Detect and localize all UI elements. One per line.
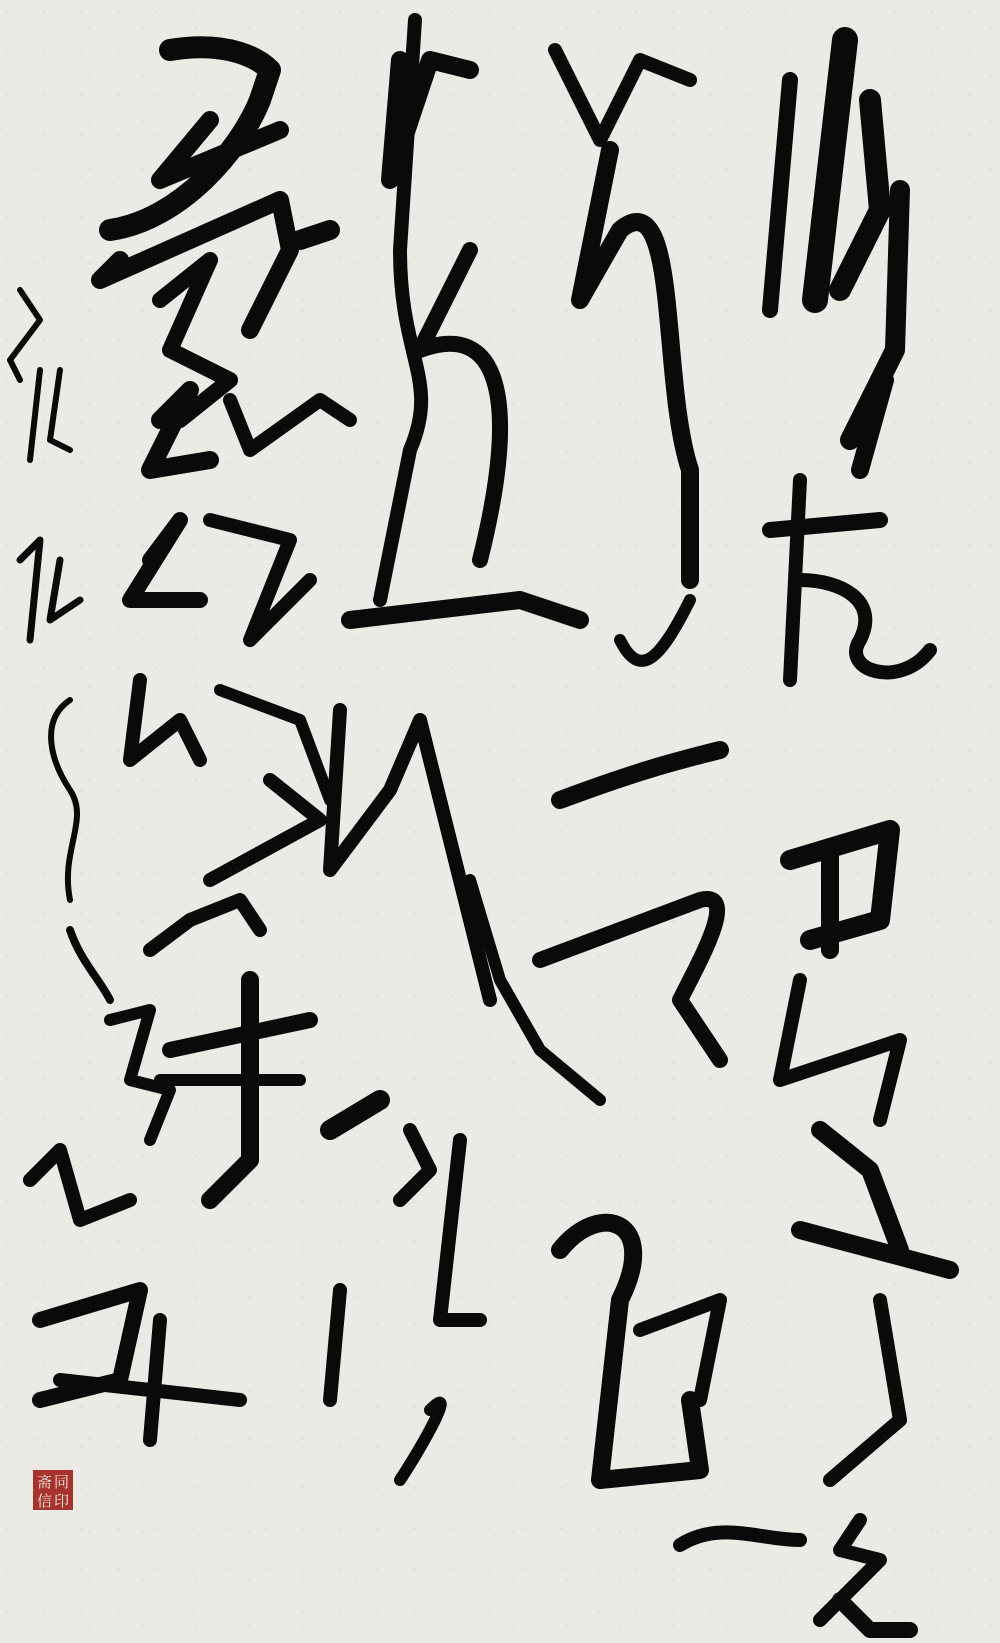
column-3-strokes — [330, 20, 600, 1480]
seal-bottom-left: 斋 同 信 印 — [33, 1470, 73, 1510]
ink-strokes — [0, 0, 1000, 1643]
seal-char: 信 — [36, 1492, 53, 1511]
seal-char: 印 — [53, 1492, 70, 1511]
seal-char: 斋 — [36, 1473, 53, 1492]
column-1-strokes — [770, 40, 950, 1630]
column-2-strokes — [540, 50, 800, 1545]
calligraphy-artwork: 𢰡會華世 斋 同 信 印 Chinese cursive calligraphy… — [0, 0, 1000, 1643]
seal-top-right: 𢰡會華世 — [960, 195, 979, 279]
column-4-strokes — [100, 47, 350, 1200]
seal-char: 同 — [53, 1473, 70, 1492]
